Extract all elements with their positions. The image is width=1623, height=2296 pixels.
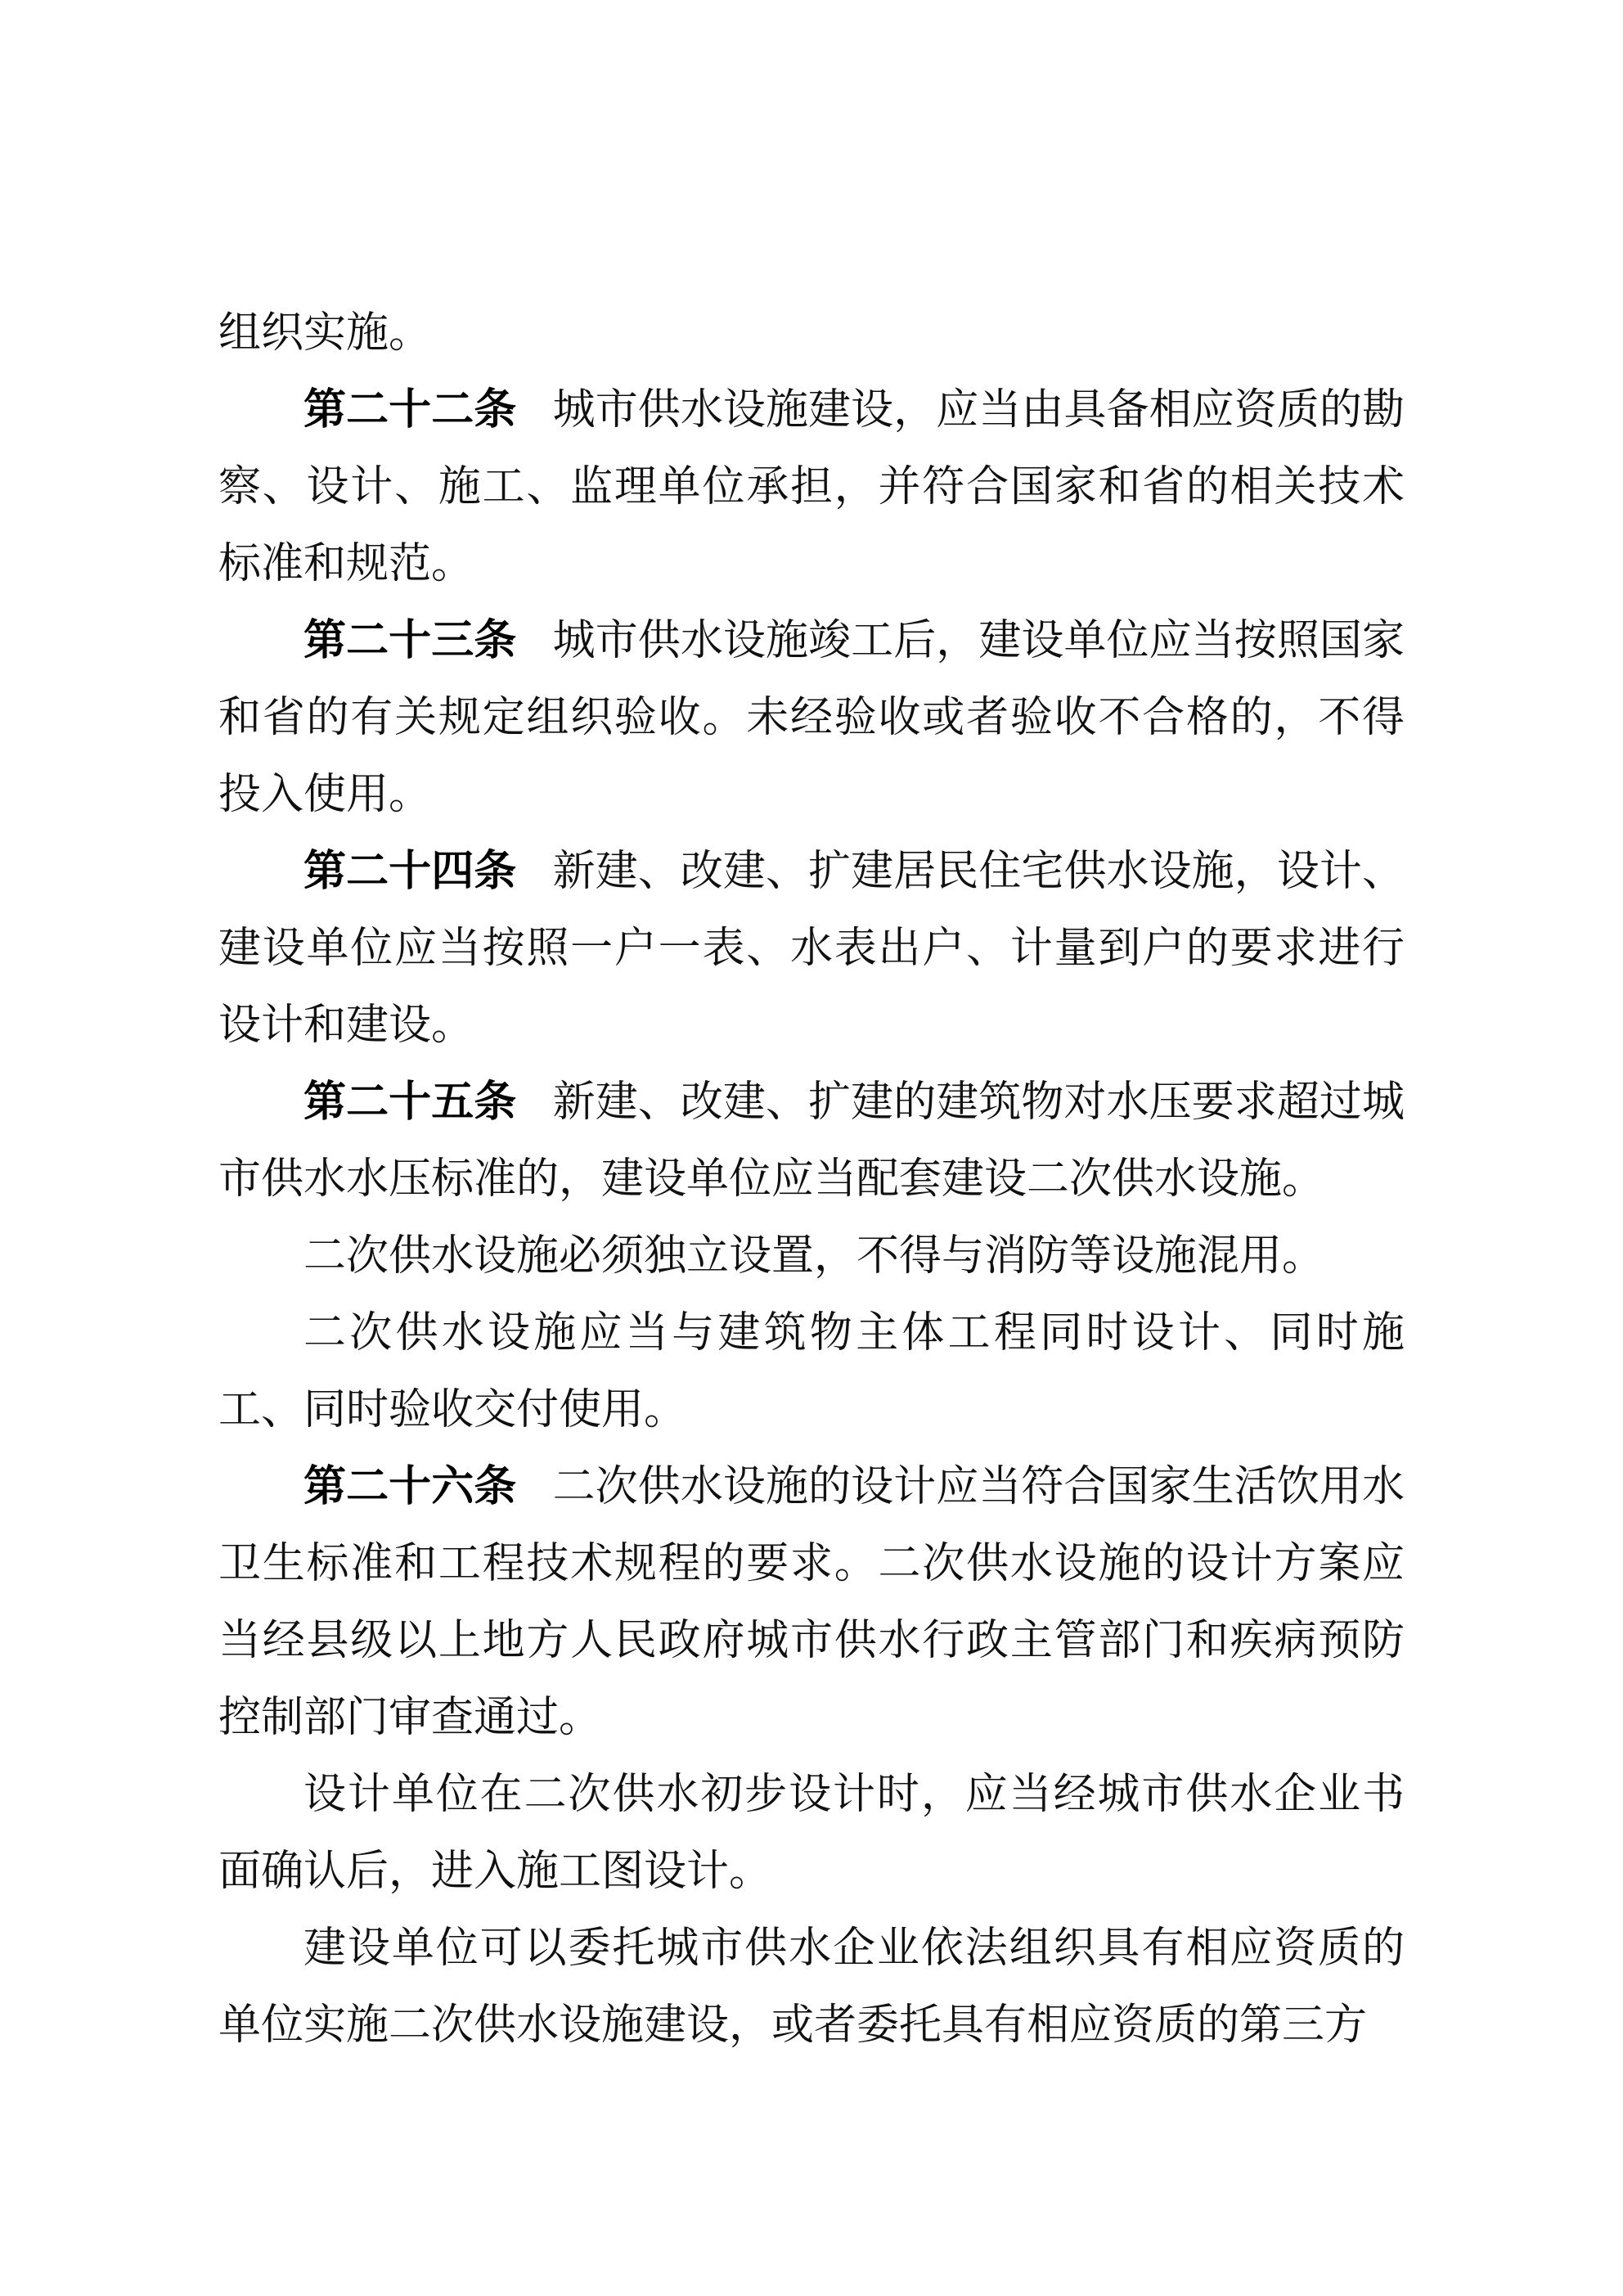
document-page: 组织实施。 第二十二条城市供水设施建设，应当由具备相应资质的勘察、设计、施工、监… (0, 0, 1623, 2296)
document-body: 组织实施。 第二十二条城市供水设施建设，应当由具备相应资质的勘察、设计、施工、监… (0, 0, 1623, 2064)
article-number: 第二十三条 (303, 618, 516, 664)
paragraph: 第二十六条二次供水设施的设计应当符合国家生活饮用水卫生标准和工程技术规程的要求。… (218, 1449, 1405, 1757)
paragraph-text: 二次供水设施应当与建筑物主体工程同时设计、同时施工、同时验收交付使用。 (218, 1310, 1405, 1434)
article-number: 第二十五条 (303, 1079, 516, 1126)
paragraph-text: 建设单位可以委托城市供水企业依法组织具有相应资质的单位实施二次供水设施建设，或者… (218, 1925, 1405, 2049)
paragraph: 二次供水设施必须独立设置，不得与消防等设施混用。 (218, 1218, 1405, 1295)
paragraph: 设计单位在二次供水初步设计时，应当经城市供水企业书面确认后，进入施工图设计。 (218, 1757, 1405, 1911)
paragraph: 建设单位可以委托城市供水企业依法组织具有相应资质的单位实施二次供水设施建设，或者… (218, 1911, 1405, 2064)
paragraph-text: 组织实施。 (218, 310, 431, 357)
paragraph: 第二十二条城市供水设施建设，应当由具备相应资质的勘察、设计、施工、监理单位承担，… (218, 372, 1405, 603)
paragraph: 组织实施。 (218, 295, 1405, 372)
paragraph: 二次供水设施应当与建筑物主体工程同时设计、同时施工、同时验收交付使用。 (218, 1295, 1405, 1449)
paragraph: 第二十三条城市供水设施竣工后，建设单位应当按照国家和省的有关规定组织验收。未经验… (218, 603, 1405, 834)
paragraph: 第二十四条新建、改建、扩建居民住宅供水设施，设计、建设单位应当按照一户一表、水表… (218, 834, 1405, 1065)
paragraph: 第二十五条新建、改建、扩建的建筑物对水压要求超过城市供水水压标准的，建设单位应当… (218, 1065, 1405, 1218)
article-number: 第二十二条 (303, 387, 516, 434)
paragraph-text: 二次供水设施必须独立设置，不得与消防等设施混用。 (303, 1233, 1324, 1280)
article-number: 第二十四条 (303, 849, 516, 895)
article-number: 第二十六条 (303, 1464, 516, 1510)
paragraph-text: 设计单位在二次供水初步设计时，应当经城市供水企业书面确认后，进入施工图设计。 (218, 1772, 1405, 1895)
